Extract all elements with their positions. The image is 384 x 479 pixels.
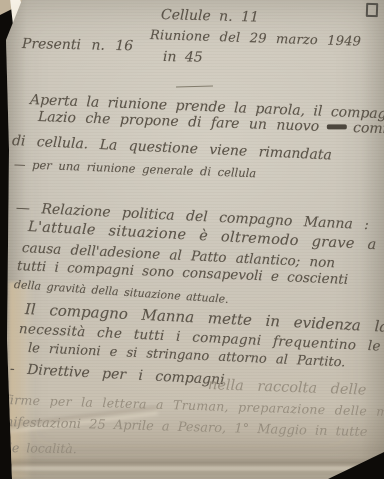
handwritten-line-segment: comitato <box>353 120 384 138</box>
paper-bottom-crease <box>0 457 384 473</box>
handwritten-line: — Relazione politica del compagno Manna … <box>16 200 370 233</box>
paper-sheet: Cellule n. 11 Riunione del 29 marzo 1949… <box>0 0 384 479</box>
handwritten-line: Aperta la riunione prende la parola, il … <box>30 92 384 123</box>
header-time-note: in 45 <box>163 49 203 66</box>
paper-crease <box>0 406 158 436</box>
handwritten-line-segment: Lazio che propone di fare un nuovo <box>38 109 320 135</box>
handwritten-line: - Direttive per i compagni <box>10 361 225 388</box>
handwritten-line: L'attuale situazione è oltremodo grave a <box>28 219 377 253</box>
manuscript-photo: Cellule n. 11 Riunione del 29 marzo 1949… <box>0 0 384 479</box>
handwritten-line: Lazio che propone di fare un nuovocomita… <box>38 109 384 138</box>
header-attendees-count: Presenti n. 16 <box>22 36 133 54</box>
handwritten-line-pencil: le località. <box>8 440 77 456</box>
handwritten-line: Il compagno Manna mette in evidenza la <box>25 300 384 336</box>
header-meeting-date: Riunione del 29 marzo 1949 <box>150 28 362 50</box>
handwritten-line: le riunioni e si stringano attorno al Pa… <box>28 341 346 370</box>
handwritten-line: causa dell'adesione al Patto atlantico; … <box>22 240 336 271</box>
header-cell-number: Cellule n. 11 <box>161 7 259 26</box>
handwritten-line: di cellula. La questione viene rimandata <box>12 133 332 164</box>
corner-square-mark <box>366 3 378 17</box>
handwritten-line-pencil: nifestazioni 25 Aprile a Pesaro, 1° Magg… <box>5 415 368 440</box>
handwritten-line: — per una riunione generale di cellula <box>14 157 257 180</box>
header-divider-line <box>176 86 213 88</box>
handwritten-line-pencil: firme per la lettera a Truman, preparazi… <box>5 392 384 419</box>
paper-fold-highlight <box>9 282 33 479</box>
handwritten-line-pencil: nella raccolta delle <box>208 377 367 399</box>
handwritten-line: necessità che tutti i compagni frequenti… <box>19 321 382 355</box>
handwritten-line: tutti i compagni sono consapevoli e cosc… <box>17 258 349 288</box>
struck-out-word-mark <box>327 124 347 129</box>
handwritten-line: della gravità della situazione attuale. <box>14 278 230 306</box>
